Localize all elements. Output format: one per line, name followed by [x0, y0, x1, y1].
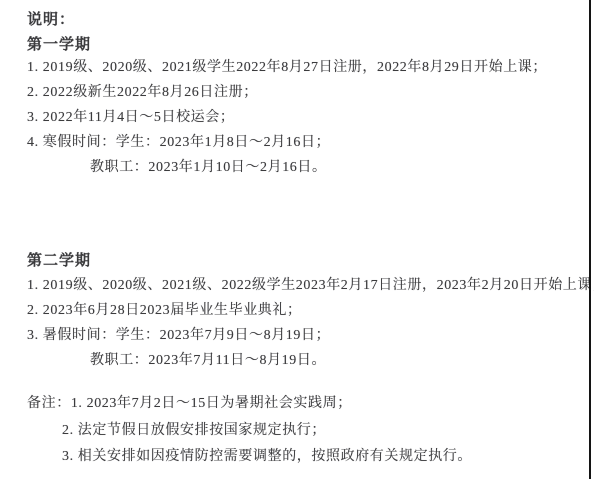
calendar-notes-page: 说明： 第一学期 1. 2019级、2020级、2021级学生2022年8月27… [0, 0, 594, 479]
page-right-border-rule [589, 0, 591, 479]
semester1-staff-vacation-line: 教职工：2023年1月10日～2月16日。 [90, 160, 327, 176]
semester1-item-3: 3. 2022年11月4日～5日校运会； [27, 110, 234, 126]
notes-line-1: 备注：1. 2023年7月2日～15日为暑期社会实践周； [27, 396, 352, 412]
semester2-staff-vacation-line: 教职工：2023年7月11日～8月19日。 [90, 353, 326, 369]
notes-item-1: 1. 2023年7月2日～15日为暑期社会实践周； [71, 396, 352, 411]
semester1-item-4: 4. 寒假时间：学生：2023年1月8日～2月16日； [27, 135, 330, 151]
semester2-title: 第二学期 [27, 253, 91, 269]
notes-item-3: 3. 相关安排如因疫情防控需要调整的，按照政府有关规定执行。 [62, 449, 472, 465]
notes-label: 备注： [27, 396, 71, 411]
semester2-item-3: 3. 暑假时间：学生：2023年7月9日～8月19日； [27, 328, 330, 344]
semester1-item-2: 2. 2022级新生2022年8月26日注册； [27, 85, 258, 101]
semester1-item-1: 1. 2019级、2020级、2021级学生2022年8月27日注册，2022年… [27, 60, 547, 76]
page-heading: 说明： [27, 12, 75, 28]
semester1-title: 第一学期 [27, 37, 91, 53]
semester2-item-2: 2. 2023年6月28日2023届毕业生毕业典礼； [27, 303, 302, 319]
notes-item-2: 2. 法定节假日放假安排按国家规定执行； [62, 423, 326, 439]
semester2-item-1: 1. 2019级、2020级、2021级、2022级学生2023年2月17日注册… [27, 278, 594, 294]
